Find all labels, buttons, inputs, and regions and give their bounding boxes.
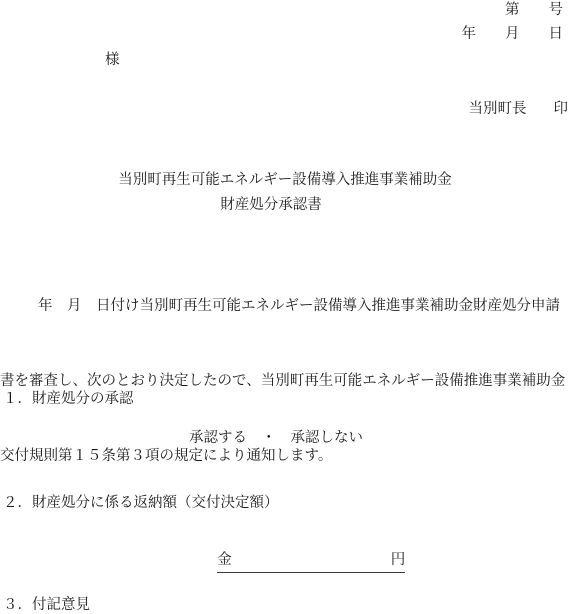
document-title: 当別町再生可能エネルギー設備導入推進事業補助金 [0,171,570,189]
section-3-heading: ３．付記意見 [3,595,90,614]
amount-underline: 金 円 [217,552,405,573]
approval-options: 承認する ・ 承認しない [0,428,570,448]
addressee-honorific: 様 [105,51,120,69]
amount-line: 金 円 [0,533,570,591]
section-2-heading: ２．財産処分に係る返納額（交付決定額） [3,493,279,513]
issuer-line: 当別町長 印 [469,100,569,118]
body-paragraph: 年 月 日付け当別町再生可能エネルギー設備導入推進事業補助金財産処分申請 書を審… [0,244,570,519]
amount-prefix: 金 [217,552,232,569]
date-line: 年 月 日 [462,25,564,43]
section-1-heading: １．財産処分の承認 [3,389,134,409]
amount-suffix: 円 [391,552,406,569]
issuer-title: 当別町長 [469,100,527,118]
document-number: 第 号 [505,1,563,19]
document-page: 第 号 年 月 日 様 当別町長 印 当別町再生可能エネルギー設備導入推進事業補… [0,0,570,614]
body-line-1: 年 月 日付け当別町再生可能エネルギー設備導入推進事業補助金財産処分申請 [0,294,570,319]
document-subtitle: 財産処分承認書 [0,196,570,214]
seal-mark: 印 [554,100,569,118]
